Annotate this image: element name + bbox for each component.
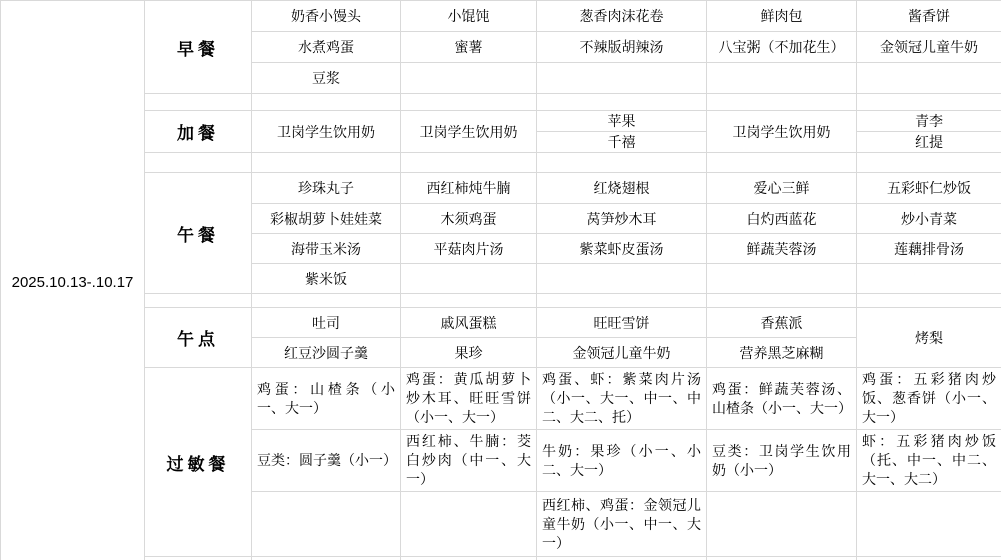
dish-cell: 红豆沙圆子羹 (252, 338, 401, 368)
empty-cell (252, 153, 401, 173)
empty-cell (857, 492, 1001, 557)
dish-cell: 五彩虾仁炒饭 (857, 173, 1001, 204)
allergy-note-cell: 西红柿、牛腩：茭白炒肉（中一、大一） (401, 430, 537, 492)
allergy-note-cell: 豆类：圆子羹（小一） (252, 430, 401, 492)
dish-cell: 营养黑芝麻糊 (707, 338, 857, 368)
dish-cell: 莴笋炒木耳 (537, 204, 707, 234)
empty-cell (401, 492, 537, 557)
allergy-note-cell: 西红柿、鸡蛋：金领冠儿童牛奶（小一、中一、大一） (537, 492, 707, 557)
allergy-note-cell: 鸡蛋：五彩猪肉炒饭、葱香饼（小一、大一） (857, 368, 1001, 430)
empty-cell (537, 264, 707, 294)
dish-cell: 炒小青菜 (857, 204, 1001, 234)
meal-label-snack: 加餐 (145, 111, 252, 153)
empty-cell (707, 94, 857, 111)
dish-cell: 苹果 (537, 111, 707, 132)
meal-label-allergy: 过敏餐 (145, 368, 252, 557)
empty-cell (537, 294, 707, 308)
dish-cell: 八宝粥（不加花生） (707, 32, 857, 63)
dish-cell: 酱香饼 (857, 1, 1001, 32)
dish-cell: 西红柿炖牛腩 (401, 173, 537, 204)
empty-cell (707, 492, 857, 557)
dish-cell: 卫岗学生饮用奶 (401, 111, 537, 153)
empty-cell (857, 294, 1001, 308)
empty-cell (857, 94, 1001, 111)
empty-cell (537, 557, 707, 560)
empty-cell (145, 557, 252, 560)
dish-cell: 彩椒胡萝卜娃娃菜 (252, 204, 401, 234)
empty-cell (401, 63, 537, 94)
dish-cell: 豆浆 (252, 63, 401, 94)
empty-cell (401, 264, 537, 294)
allergy-note-cell: 鸡蛋：黄瓜胡萝卜炒木耳、旺旺雪饼（小一、大一） (401, 368, 537, 430)
empty-cell (145, 153, 252, 173)
empty-cell (537, 63, 707, 94)
empty-cell (537, 94, 707, 111)
dish-cell: 紫菜虾皮蛋汤 (537, 234, 707, 264)
dish-cell: 青李 (857, 111, 1001, 132)
dish-cell: 木须鸡蛋 (401, 204, 537, 234)
empty-cell (857, 264, 1001, 294)
table-row: 过敏餐 鸡蛋：山楂条（小一、大一） 鸡蛋：黄瓜胡萝卜炒木耳、旺旺雪饼（小一、大一… (1, 368, 1001, 430)
spacer-row (1, 294, 1001, 308)
dish-cell: 紫米饭 (252, 264, 401, 294)
dish-cell: 莲藕排骨汤 (857, 234, 1001, 264)
dish-cell: 葱香肉沫花卷 (537, 1, 707, 32)
empty-cell (401, 94, 537, 111)
dish-cell: 奶香小馒头 (252, 1, 401, 32)
weekly-menu-table: 2025.10.13-.10.17 早餐 奶香小馒头 小馄饨 葱香肉沫花卷 鲜肉… (0, 0, 1001, 560)
dish-cell: 吐司 (252, 308, 401, 338)
empty-cell (401, 557, 537, 560)
dish-cell: 不辣版胡辣汤 (537, 32, 707, 63)
dish-cell: 水煮鸡蛋 (252, 32, 401, 63)
dish-cell: 卫岗学生饮用奶 (252, 111, 401, 153)
dish-cell: 千禧 (537, 132, 707, 153)
allergy-note-cell: 虾：五彩猪肉炒饭（托、中一、中二、大一、大二） (857, 430, 1001, 492)
empty-cell (857, 557, 1001, 560)
dish-cell: 烤梨 (857, 308, 1001, 368)
table-row: 加餐 卫岗学生饮用奶 卫岗学生饮用奶 苹果 卫岗学生饮用奶 青李 (1, 111, 1001, 132)
empty-cell (857, 63, 1001, 94)
empty-cell (401, 153, 537, 173)
dish-cell: 红烧翅根 (537, 173, 707, 204)
table-row: 2025.10.13-.10.17 早餐 奶香小馒头 小馄饨 葱香肉沫花卷 鲜肉… (1, 1, 1001, 32)
allergy-note-cell: 牛奶：果珍（小一、小二、大一） (537, 430, 707, 492)
allergy-note-cell: 鸡蛋、虾：紫菜肉片汤（小一、大一、中一、中二、大二、托） (537, 368, 707, 430)
date-range-cell: 2025.10.13-.10.17 (1, 1, 145, 560)
spacer-row (1, 557, 1001, 560)
allergy-note-cell: 豆类：卫岗学生饮用奶（小一） (707, 430, 857, 492)
empty-cell (707, 557, 857, 560)
dish-cell: 珍珠丸子 (252, 173, 401, 204)
empty-cell (707, 264, 857, 294)
dish-cell: 白灼西蓝花 (707, 204, 857, 234)
empty-cell (707, 294, 857, 308)
dish-cell: 香蕉派 (707, 308, 857, 338)
dish-cell: 鲜肉包 (707, 1, 857, 32)
dish-cell: 小馄饨 (401, 1, 537, 32)
empty-cell (252, 557, 401, 560)
dish-cell: 海带玉米汤 (252, 234, 401, 264)
empty-cell (401, 294, 537, 308)
allergy-note-cell: 鸡蛋：山楂条（小一、大一） (252, 368, 401, 430)
empty-cell (707, 153, 857, 173)
dish-cell: 平菇肉片汤 (401, 234, 537, 264)
empty-cell (252, 294, 401, 308)
empty-cell (537, 153, 707, 173)
spacer-row (1, 94, 1001, 111)
empty-cell (252, 492, 401, 557)
dish-cell: 金领冠儿童牛奶 (857, 32, 1001, 63)
empty-cell (145, 294, 252, 308)
dish-cell: 爱心三鲜 (707, 173, 857, 204)
dish-cell: 鲜蔬芙蓉汤 (707, 234, 857, 264)
table-row: 午餐 珍珠丸子 西红柿炖牛腩 红烧翅根 爱心三鲜 五彩虾仁炒饭 (1, 173, 1001, 204)
dish-cell: 果珍 (401, 338, 537, 368)
dish-cell: 金领冠儿童牛奶 (537, 338, 707, 368)
meal-label-afternoon-snack: 午点 (145, 308, 252, 368)
meal-label-breakfast: 早餐 (145, 1, 252, 94)
dish-cell: 旺旺雪饼 (537, 308, 707, 338)
empty-cell (857, 153, 1001, 173)
dish-cell: 戚风蛋糕 (401, 308, 537, 338)
empty-cell (707, 63, 857, 94)
dish-cell: 蜜薯 (401, 32, 537, 63)
empty-cell (252, 94, 401, 111)
spacer-row (1, 153, 1001, 173)
dish-cell: 红提 (857, 132, 1001, 153)
table-row: 午点 吐司 戚风蛋糕 旺旺雪饼 香蕉派 烤梨 (1, 308, 1001, 338)
meal-label-lunch: 午餐 (145, 173, 252, 294)
allergy-note-cell: 鸡蛋：鲜蔬芙蓉汤、山楂条（小一、大一） (707, 368, 857, 430)
dish-cell: 卫岗学生饮用奶 (707, 111, 857, 153)
empty-cell (145, 94, 252, 111)
